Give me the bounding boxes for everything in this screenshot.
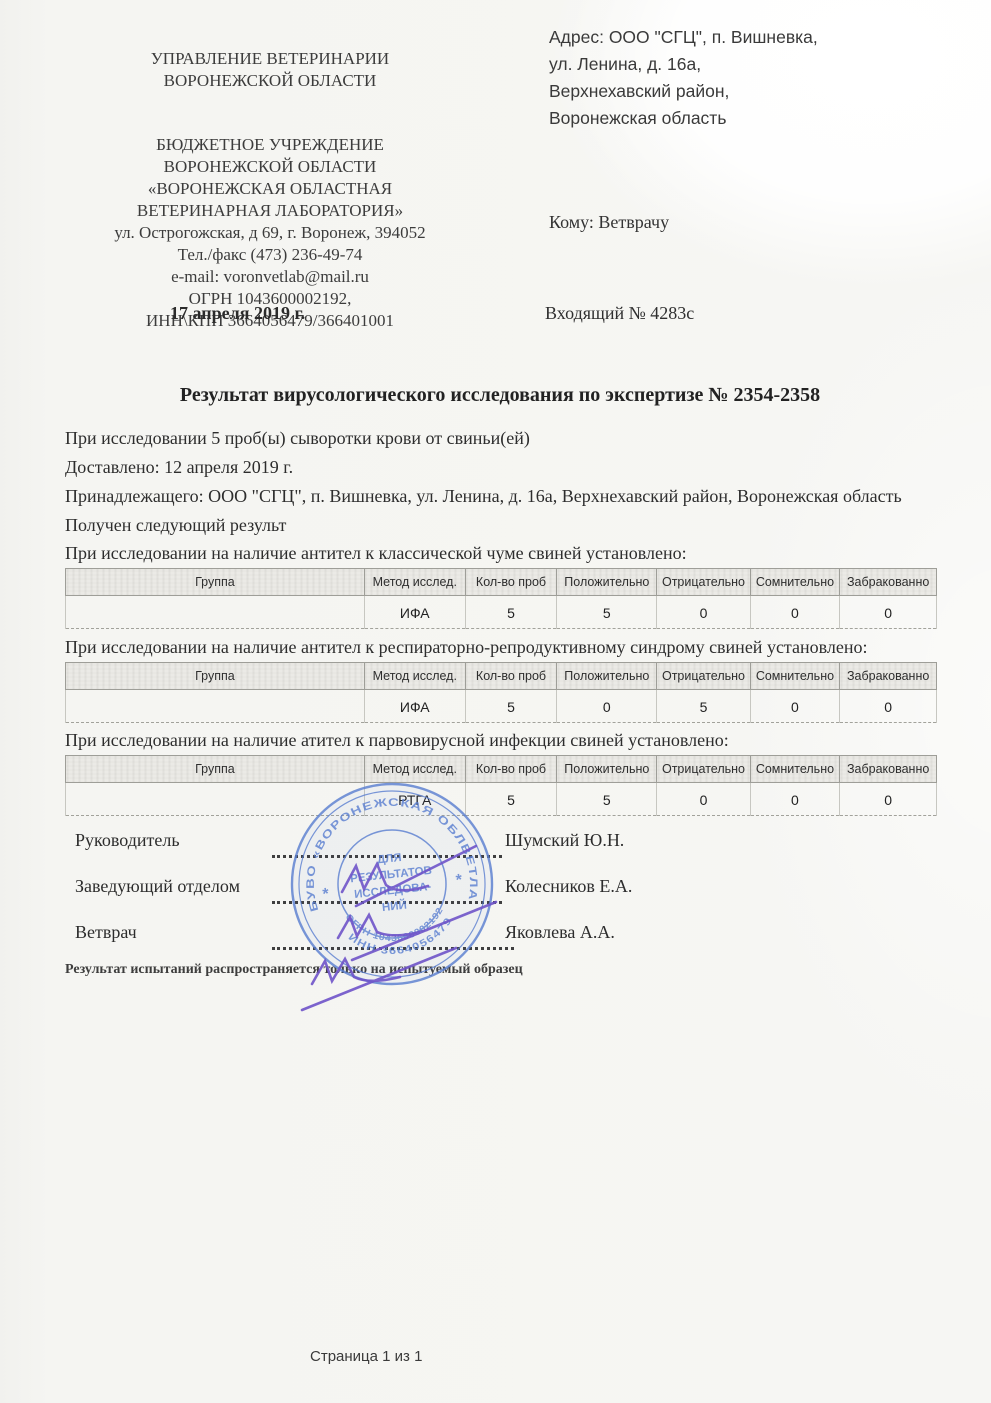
col-positive: Положительно [557, 569, 657, 596]
intro-owner: Принадлежащего: ООО "СГЦ", п. Вишневка, … [65, 482, 937, 511]
col-group: Группа [66, 569, 365, 596]
cell-samples: 5 [465, 690, 556, 723]
signature-role: Руководитель [75, 830, 180, 851]
cell-method: ИФА [364, 596, 465, 629]
col-group: Группа [66, 663, 365, 690]
results-table-prrs: Группа Метод исслед. Кол-во проб Положит… [65, 662, 937, 723]
signature-role: Заведующий отделом [75, 876, 240, 897]
signature-ink [280, 820, 520, 1030]
cell-positive: 5 [557, 596, 657, 629]
col-doubtful: Сомнительно [750, 663, 840, 690]
section-caption-prrs: При исследовании на наличие антител к ре… [65, 634, 937, 660]
cell-negative: 0 [657, 783, 750, 816]
cell-doubtful: 0 [750, 783, 840, 816]
col-positive: Положительно [557, 756, 657, 783]
section-caption-csf: При исследовании на наличие антител к кл… [65, 540, 937, 566]
col-samples: Кол-во проб [465, 663, 556, 690]
col-doubtful: Сомнительно [750, 569, 840, 596]
cell-samples: 5 [465, 596, 556, 629]
cell-rejected: 0 [840, 690, 937, 723]
table-row: ИФА 5 0 5 0 0 [66, 690, 937, 723]
cell-positive: 5 [557, 783, 657, 816]
col-negative: Отрицательно [657, 756, 750, 783]
cell-negative: 5 [657, 690, 750, 723]
cell-negative: 0 [657, 596, 750, 629]
cell-rejected: 0 [840, 783, 937, 816]
document-date: 17 апреля 2019 г. [170, 303, 305, 324]
cell-group [66, 596, 365, 629]
col-negative: Отрицательно [657, 663, 750, 690]
col-method: Метод исслед. [364, 663, 465, 690]
col-doubtful: Сомнительно [750, 756, 840, 783]
table-row: РТГА 5 5 0 0 0 [66, 783, 937, 816]
col-positive: Положительно [557, 663, 657, 690]
col-rejected: Забракованно [840, 663, 937, 690]
signature-name: Яковлева А.А. [505, 922, 615, 943]
section-caption-parvo: При исследовании на наличие атител к пар… [65, 727, 937, 753]
cell-doubtful: 0 [750, 596, 840, 629]
signature-scribble [338, 902, 496, 960]
intro-delivered: Доставлено: 12 апреля 2019 г. [65, 453, 937, 482]
signature-role: Ветврач [75, 922, 137, 943]
cell-method: ИФА [364, 690, 465, 723]
table-row: ИФА 5 5 0 0 0 [66, 596, 937, 629]
results-table-parvo: Группа Метод исслед. Кол-во проб Положит… [65, 755, 937, 816]
page-title: Результат вирусологического исследования… [60, 384, 940, 407]
incoming-number: Входящий № 4283с [545, 303, 694, 324]
cell-group [66, 690, 365, 723]
table-header-row: Группа Метод исслед. Кол-во проб Положит… [66, 756, 937, 783]
letterhead-authority: УПРАВЛЕНИЕ ВЕТЕРИНАРИИ ВОРОНЕЖСКОЙ ОБЛАС… [58, 48, 482, 92]
signature-name: Шумский Ю.Н. [505, 830, 624, 851]
col-samples: Кол-во проб [465, 569, 556, 596]
recipient-address: Адрес: ООО "СГЦ", п. Вишневка, ул. Ленин… [549, 24, 869, 132]
cell-positive: 0 [557, 690, 657, 723]
signature-scribble [342, 846, 476, 906]
recipient-to: Кому: Ветврачу [549, 212, 669, 233]
col-method: Метод исслед. [364, 569, 465, 596]
table-header-row: Группа Метод исслед. Кол-во проб Положит… [66, 569, 937, 596]
page-number: Страница 1 из 1 [310, 1348, 422, 1365]
intro-samples: При исследовании 5 проб(ы) сыворотки кро… [65, 424, 937, 453]
table-header-row: Группа Метод исслед. Кол-во проб Положит… [66, 663, 937, 690]
col-rejected: Забракованно [840, 569, 937, 596]
document-page: УПРАВЛЕНИЕ ВЕТЕРИНАРИИ ВОРОНЕЖСКОЙ ОБЛАС… [0, 0, 991, 1403]
col-rejected: Забракованно [840, 756, 937, 783]
results-table-csf: Группа Метод исслед. Кол-во проб Положит… [65, 568, 937, 629]
cell-doubtful: 0 [750, 690, 840, 723]
col-group: Группа [66, 756, 365, 783]
intro-result: Получен следующий результ [65, 511, 937, 540]
col-negative: Отрицательно [657, 569, 750, 596]
signature-scribble [302, 948, 456, 1010]
cell-rejected: 0 [840, 596, 937, 629]
signature-name: Колесников Е.А. [505, 876, 632, 897]
